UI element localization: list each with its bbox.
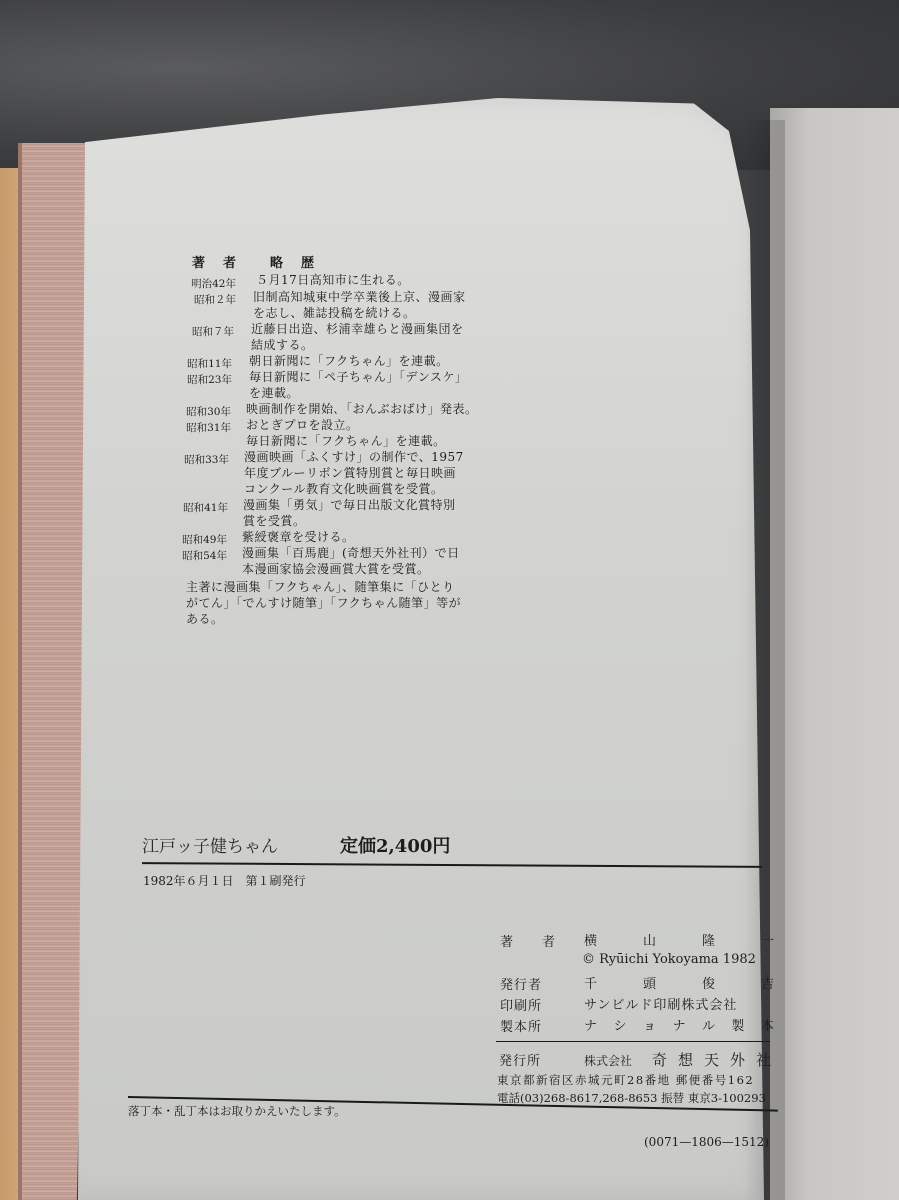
bio-line: 毎日新聞に「フクちゃん」を連載。: [246, 432, 446, 449]
book-title: 江戸ッ子健ちゃん: [142, 832, 278, 857]
right-page: [770, 108, 899, 1200]
name-char: 想: [678, 1049, 693, 1070]
biography-heading: 著者略歴: [192, 252, 332, 271]
name-char: 社: [756, 1049, 771, 1070]
bio-line: を志し、雑誌投稿を続ける。: [253, 304, 416, 321]
publisher-prefix: 株式会社: [584, 1052, 632, 1069]
price: 定価2,400円: [340, 832, 450, 858]
name-char: 山: [643, 930, 656, 949]
bio-line: コンクール教育文化映画賞を受賞。: [244, 480, 444, 497]
publisher-address: 東京都新宿区赤城元町28番地 郵便番号162: [497, 1072, 754, 1088]
name-char: ョ: [643, 1015, 656, 1034]
bio-line: 結成する。: [251, 336, 314, 353]
heading-char: 者: [223, 256, 240, 271]
name-char: 吉: [761, 973, 774, 992]
name-char: 本: [761, 1015, 774, 1034]
era-label: 昭和23年: [176, 372, 232, 387]
era-label: 昭和49年: [171, 532, 227, 547]
name-char: ナ: [584, 1015, 597, 1034]
name-char: 千: [584, 973, 597, 992]
bio-line: 漫画集「勇気」で毎日出版文化賞特別: [243, 496, 456, 513]
era-label: 昭和33年: [173, 452, 229, 467]
name-char: ナ: [672, 1015, 685, 1034]
binder: ナ シ ョ ナ ル 製 本: [584, 1015, 774, 1034]
bio-line: 映画制作を開始､「おんぶおばけ」発表。: [246, 400, 478, 417]
bio-line: ５月17日高知市に生れる。: [256, 271, 410, 288]
name-char: 横: [584, 930, 597, 949]
bio-line: 本漫画家協会漫画賞大賞を受賞。: [242, 560, 430, 577]
bio-line: 漫画集「百馬鹿」(奇想天外社刊）で日: [242, 544, 460, 561]
publisher-label: 発行所: [499, 1050, 541, 1069]
name-char: 奇: [652, 1049, 667, 1070]
bio-line: 旧制高知城東中学卒業後上京、漫画家: [253, 288, 466, 305]
bio-line: 賞を受賞。: [243, 512, 306, 529]
name-char: 天: [704, 1049, 719, 1070]
era-label: 昭和41年: [172, 500, 228, 515]
era-label: 昭和30年: [175, 404, 231, 419]
heading-char: 略: [270, 256, 287, 271]
printer: サンビルド印刷株式会社: [584, 994, 737, 1013]
name-char: シ: [613, 1015, 626, 1034]
bio-line: 紫綬褒章を受ける。: [242, 528, 355, 545]
name-char: 頭: [643, 973, 656, 992]
name-char: 一: [761, 930, 774, 949]
bio-line: 朝日新聞に「フクちゃん」を連載。: [249, 352, 449, 369]
bio-line: を連載。: [249, 384, 299, 401]
bio-line: 年度ブルーリボン賞特別賞と毎日映画: [244, 464, 456, 481]
edition-date: 1982年６月１日 第１刷発行: [143, 872, 306, 889]
era-label: 昭和54年: [171, 548, 227, 563]
name-char: 製: [731, 1015, 744, 1034]
left-page: [78, 98, 778, 1200]
era-label: 昭和７年: [178, 324, 234, 339]
bio-line: 毎日新聞に「ペ子ちゃん」「デンスケ」: [249, 368, 467, 385]
bio-line: 近藤日出造、杉浦幸雄らと漫画集団を: [251, 320, 464, 337]
era-label: 明治42年: [180, 276, 236, 291]
summary-line: 主著に漫画集「フクちゃん」、随筆集に「ひとり: [186, 578, 455, 595]
credit-label: 製本所: [500, 1016, 542, 1035]
divider-line: [496, 1041, 770, 1042]
name-char: 外: [730, 1049, 745, 1070]
bio-line: 漫画映画「ふくすけ」の制作で、1957: [244, 448, 464, 465]
name-char: 俊: [702, 973, 715, 992]
era-label: 昭和11年: [176, 356, 232, 371]
credit-label: 印刷所: [500, 995, 542, 1014]
bio-line: おとぎプロを設立。: [246, 416, 359, 433]
publisher-person: 千 頭 俊 吉: [584, 973, 774, 992]
copyright: © Ryūichi Yokoyama 1982: [582, 952, 756, 967]
era-label: 昭和２年: [180, 292, 236, 307]
heading-char: 歴: [301, 256, 318, 271]
gutter-shadow: [745, 120, 785, 1200]
author-name: 横 山 隆 一: [584, 930, 774, 949]
book-code: (0071—1806—1512): [644, 1135, 769, 1149]
name-char: ル: [702, 1015, 715, 1034]
replacement-notice: 落丁本・乱丁本はお取りかえいたします。: [128, 1103, 346, 1119]
publisher-name: 奇 想 天 外 社: [652, 1049, 771, 1070]
era-label: 昭和31年: [175, 420, 231, 435]
summary-line: がてん」「でんすけ随筆」「フクちゃん随筆」等が: [186, 594, 461, 611]
heading-char: 著: [192, 256, 209, 271]
name-char: 隆: [702, 930, 715, 949]
credit-label: 発行者: [500, 974, 542, 993]
summary-line: ある。: [186, 610, 224, 627]
credit-label: 著 者: [500, 931, 563, 950]
